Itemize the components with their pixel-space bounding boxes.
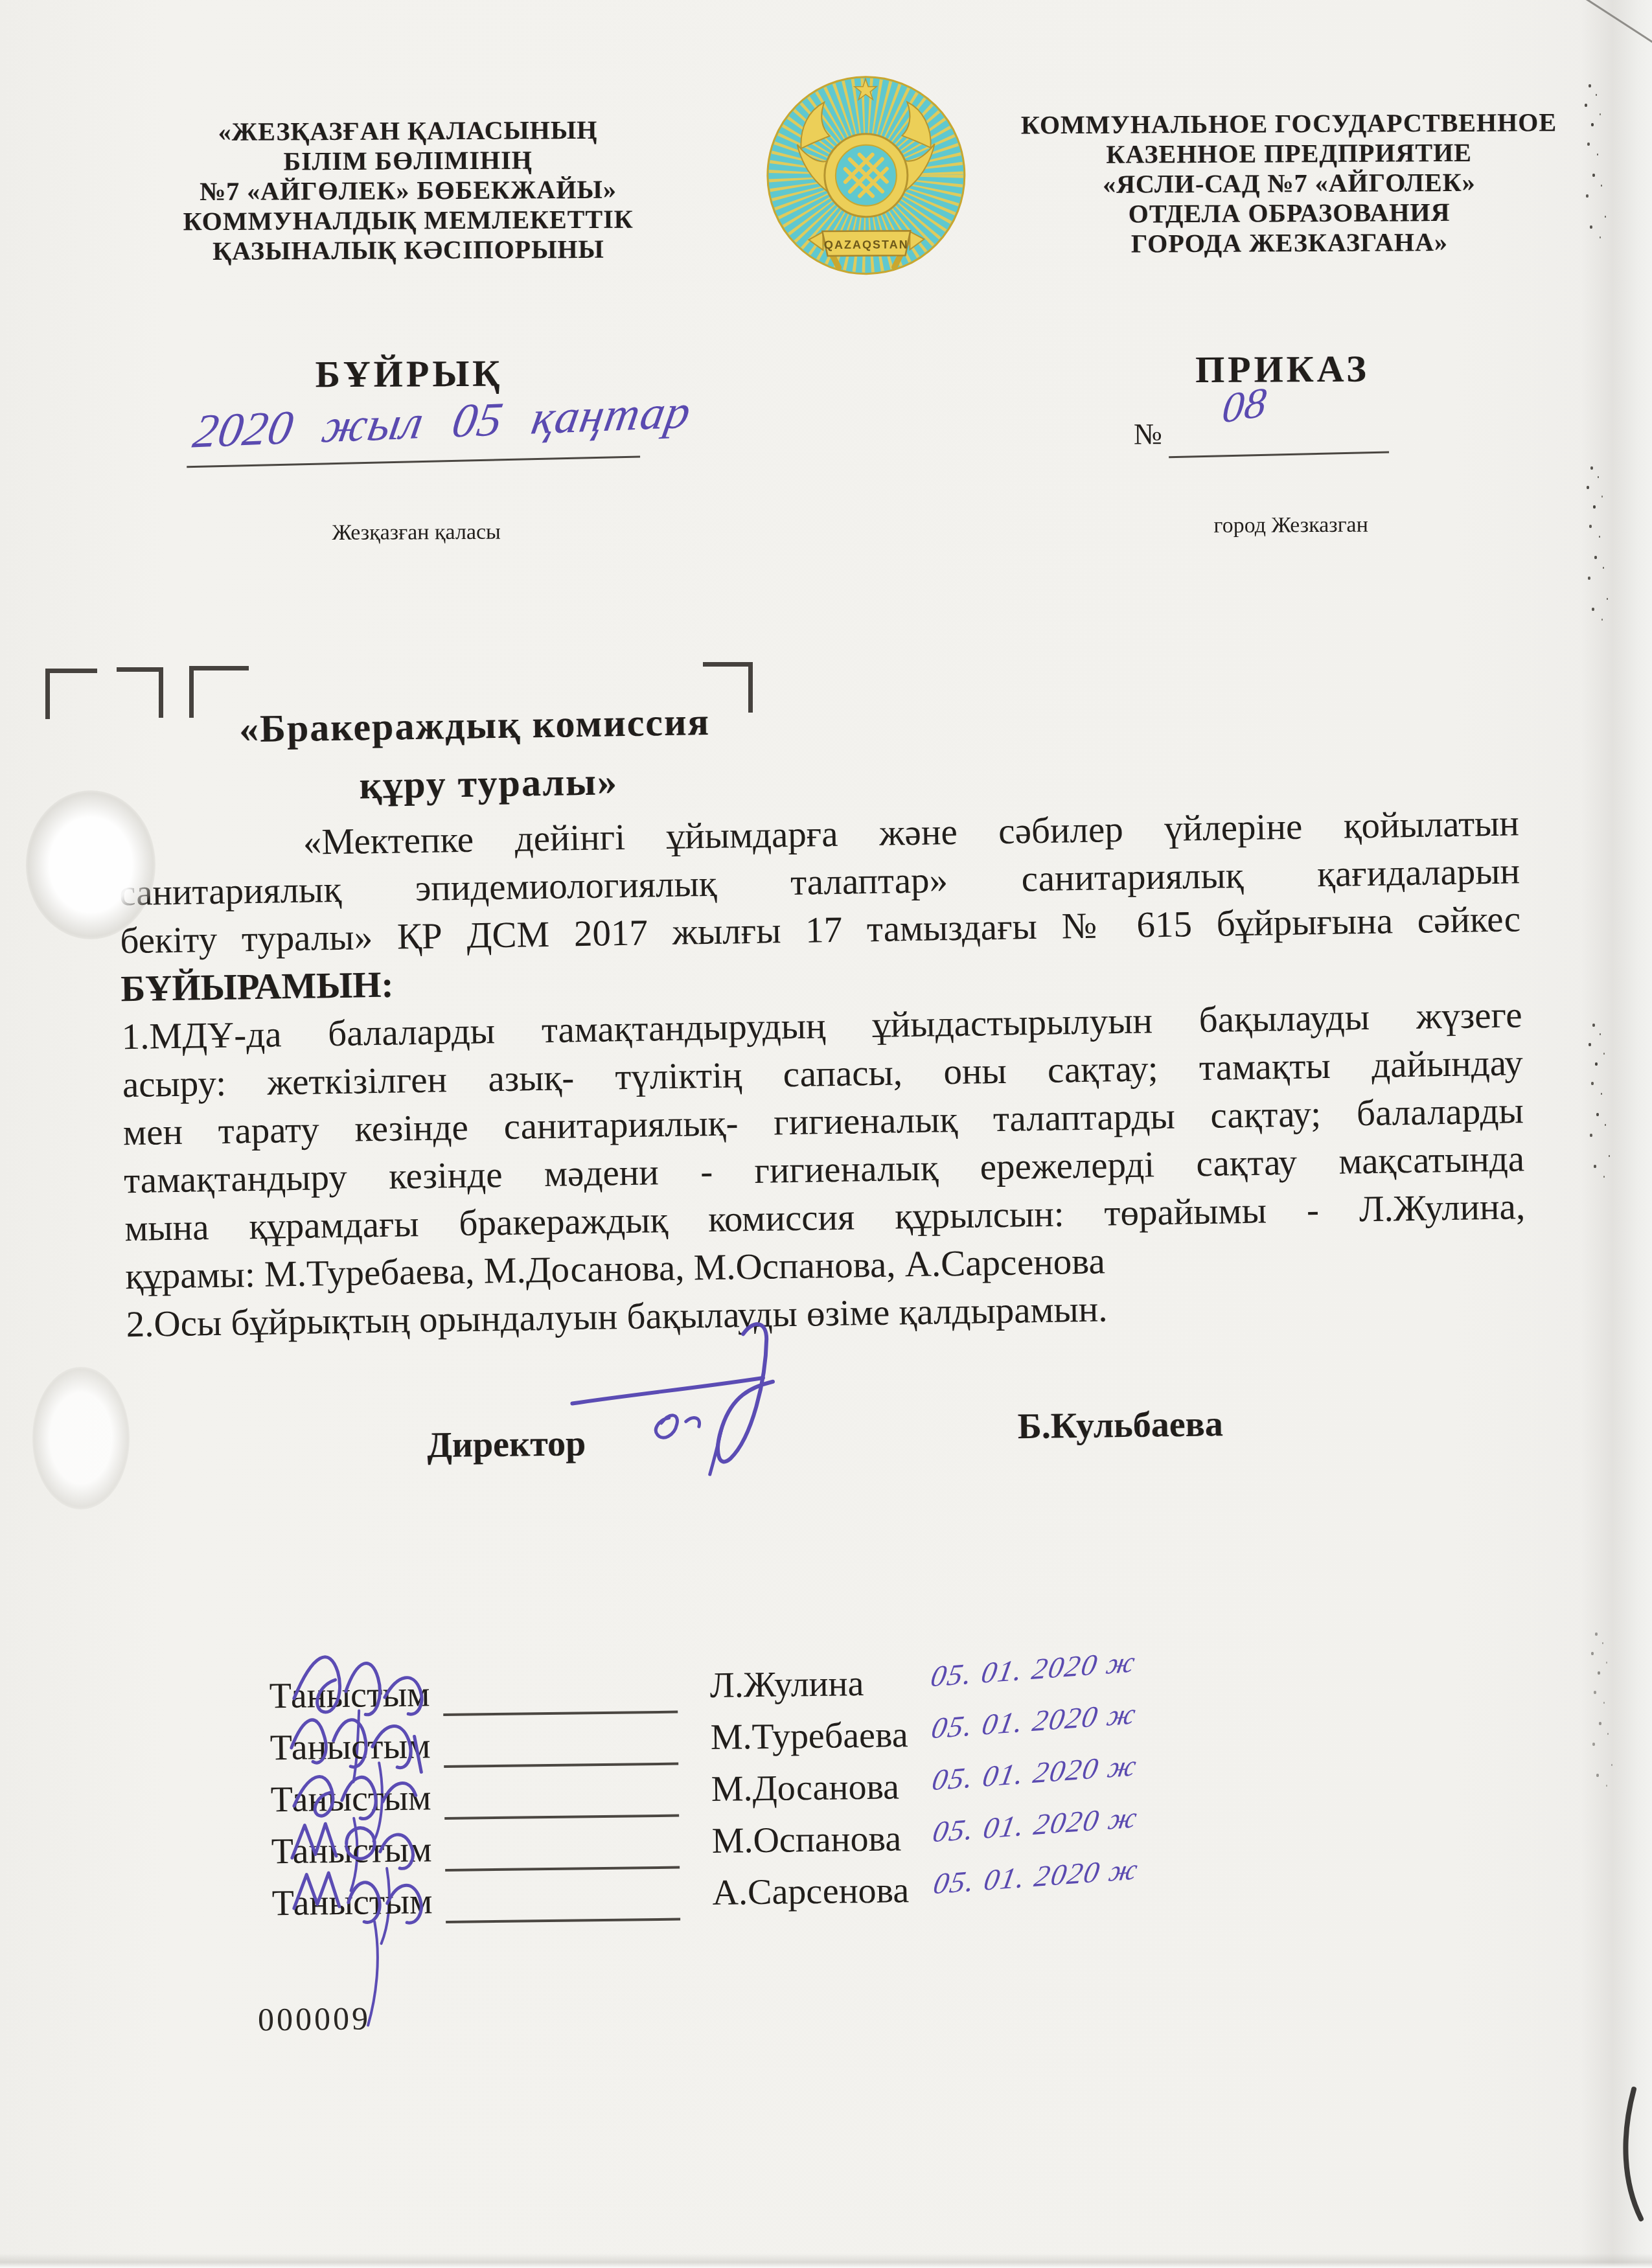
page-curl-mark [1612,2086,1651,2222]
ack-underline [443,1711,678,1716]
ack-name: М.Досанова [711,1766,899,1810]
ack-date-handwritten: 05. 01. 2020 ж [931,1851,1142,1901]
ack-underline [444,1763,678,1768]
scan-speckles [1592,1024,1595,1027]
scan-speckles [1595,1632,1598,1636]
director-signature [549,1309,862,1482]
ack-date-handwritten: 05. 01. 2020 ж [930,1800,1141,1849]
ack-signature [282,1830,465,1962]
scan-speckles [1589,84,1591,87]
scan-edge-bottom [0,2254,1652,2268]
ack-date-handwritten: 05. 01. 2020 ж [930,1748,1141,1797]
scanned-order-document: «ЖЕЗҚАЗҒАН ҚАЛАСЫНЫҢ БІЛІМ БӨЛІМІНІҢ №7 … [0,0,1652,2268]
ack-date-handwritten: 05. 01. 2020 ж [928,1644,1140,1693]
paper-stain [26,790,155,939]
signature-block: Директор Б.Кульбаева Таныстым Л.Жулина 0… [0,0,1652,2268]
ack-name: М.Оспанова [711,1818,901,1862]
paper-stain [32,1367,130,1509]
scan-edge-right [1581,0,1652,2268]
ack-underline [445,1866,680,1872]
ack-name: Л.Жулина [709,1663,864,1706]
ack-underline [444,1815,679,1820]
page-number: 000009 [258,1999,371,2038]
scan-speckles [1590,466,1593,470]
ack-name: А.Сарсенова [712,1870,909,1914]
ack-name: М.Туребаева [710,1714,908,1758]
ack-underline [446,1918,680,1923]
ack-date-handwritten: 05. 01. 2020 ж [929,1696,1140,1745]
approver-name: Б.Кульбаева [1017,1403,1223,1447]
